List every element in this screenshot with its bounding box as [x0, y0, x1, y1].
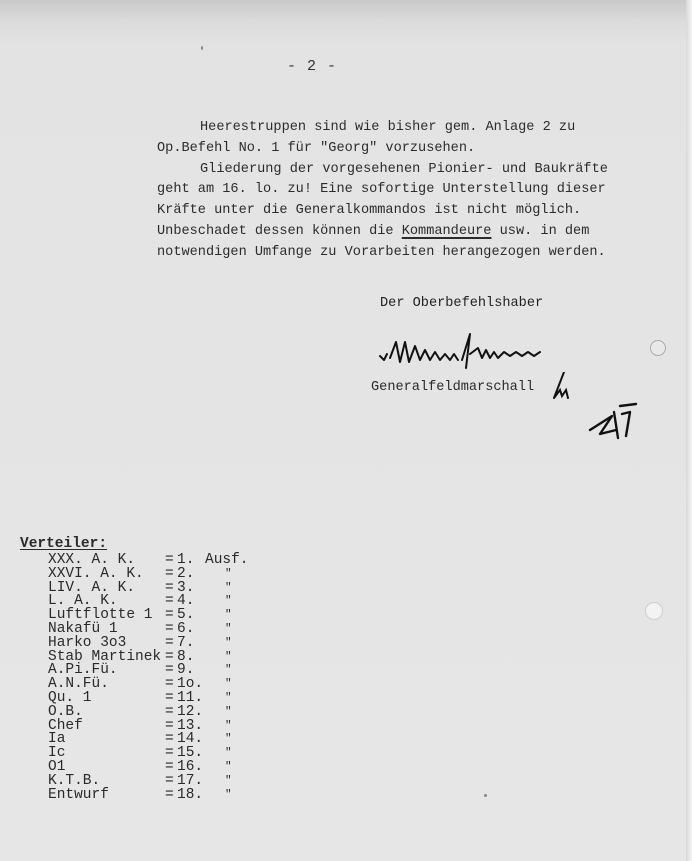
- ditto-mark: ": [205, 568, 285, 582]
- distribution-unit: Ia: [48, 733, 165, 747]
- distribution-unit: Entwurf: [48, 789, 165, 803]
- page-number: - 2 -: [287, 58, 337, 75]
- copy-type: Ausf.: [205, 554, 265, 568]
- signature-title: Der Oberbefehlshaber: [380, 296, 543, 311]
- signature-rank: Generalfeldmarschall: [371, 380, 534, 395]
- distribution-list: Verteiler: XXX. A. K.=1.Ausf.XXVI. A. K.…: [20, 536, 285, 802]
- paragraph-2-line-2: geht am 16. lo. zu! Eine sofortige Unter…: [157, 180, 657, 201]
- paragraph-2-line-3: Kräfte unter die Generalkommandos ist ni…: [157, 201, 657, 222]
- underlined-word: Kommandeure: [402, 224, 492, 239]
- equals-sign: =: [165, 789, 177, 803]
- ditto-mark: ": [205, 720, 285, 734]
- ditto-mark: ": [205, 623, 285, 637]
- distribution-heading: Verteiler:: [20, 536, 285, 552]
- ditto-mark: ": [205, 747, 285, 761]
- text-segment: Unbeschadet dessen können die: [157, 224, 402, 239]
- ditto-mark: ": [205, 582, 285, 596]
- paragraph-1-line-1: Heerestruppen sind wie bisher gem. Anlag…: [157, 118, 657, 139]
- paragraph-2-line-5: notwendigen Umfange zu Vorarbeiten heran…: [157, 243, 657, 264]
- ditto-mark: ": [205, 651, 285, 665]
- ditto-mark: ": [205, 637, 285, 651]
- paragraph-2-line-1: Gliederung der vorgesehenen Pionier- und…: [157, 160, 657, 181]
- punch-hole: [645, 602, 663, 620]
- handwritten-initials: [548, 372, 643, 442]
- body-text: Heerestruppen sind wie bisher gem. Anlag…: [157, 118, 657, 264]
- document-page: - 2 - Heerestruppen sind wie bisher gem.…: [0, 0, 692, 861]
- ditto-mark: ": [205, 595, 285, 609]
- distribution-unit: Chef: [48, 720, 165, 734]
- distribution-rows: XXX. A. K.=1.Ausf.XXVI. A. K.=2."LIV. A.…: [20, 554, 285, 802]
- copy-number: 18.: [177, 789, 205, 803]
- ditto-mark: ": [205, 692, 285, 706]
- ditto-mark: ": [205, 664, 285, 678]
- ditto-mark: ": [205, 706, 285, 720]
- ditto-mark: ": [205, 775, 285, 789]
- text-segment: usw. in dem: [491, 224, 589, 239]
- ditto-mark: ": [205, 789, 285, 803]
- ditto-mark: ": [205, 678, 285, 692]
- distribution-unit: Ic: [48, 747, 165, 761]
- page-edge: [686, 0, 692, 861]
- punch-hole: [650, 340, 666, 356]
- paper-speck: [484, 794, 487, 797]
- ditto-mark: ": [205, 761, 285, 775]
- ditto-mark: ": [205, 609, 285, 623]
- paper-speck: [201, 46, 203, 50]
- distribution-row: Entwurf=18.": [48, 789, 285, 803]
- paragraph-2-line-4: Unbeschadet dessen können die Kommandeur…: [157, 222, 657, 243]
- paragraph-1-line-2: Op.Befehl No. 1 für "Georg" vorzusehen.: [157, 139, 657, 160]
- ditto-mark: ": [205, 733, 285, 747]
- handwritten-signature: [378, 332, 568, 372]
